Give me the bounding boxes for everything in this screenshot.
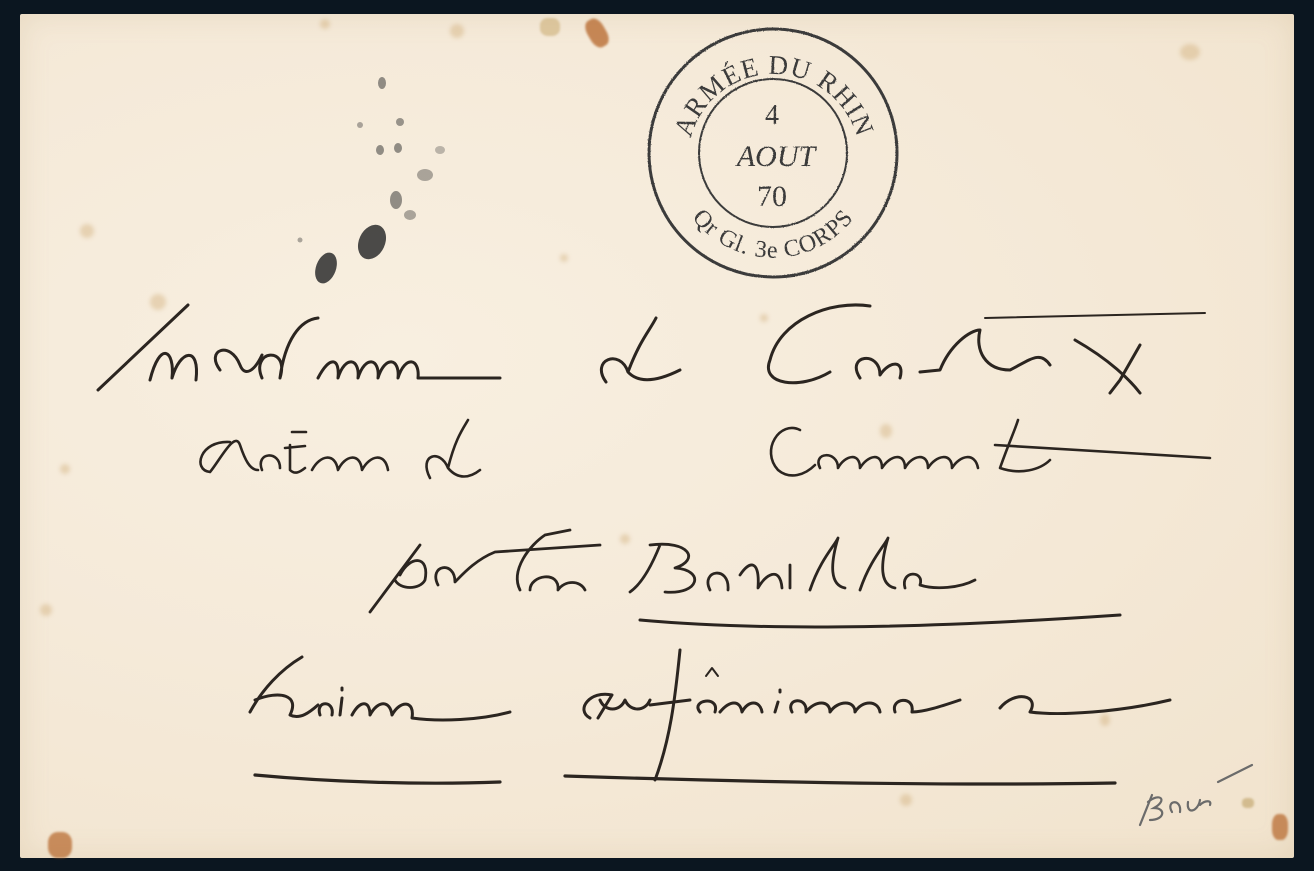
address-line-4 <box>250 650 1170 784</box>
envelope-markings: ARMÉE DU RHIN Qr Gl. 3e CORPS 4 AOUT 70 <box>0 0 1314 871</box>
address-line-3 <box>370 530 1120 627</box>
svg-text:Qr Gl. 3e CORPS: Qr Gl. 3e CORPS <box>687 204 859 263</box>
ink-smudge <box>298 77 446 286</box>
pencil-signature <box>1140 765 1252 825</box>
postmark-day: 4 <box>765 100 779 131</box>
postmark-year: 70 <box>757 180 787 213</box>
postmark-month: AOUT <box>735 140 818 173</box>
postmark: ARMÉE DU RHIN Qr Gl. 3e CORPS 4 AOUT 70 <box>649 29 897 277</box>
address-line-2 <box>200 420 1210 478</box>
address-line-1 <box>98 305 1205 393</box>
postmark-bottom-text: Qr Gl. 3e CORPS <box>687 204 859 263</box>
